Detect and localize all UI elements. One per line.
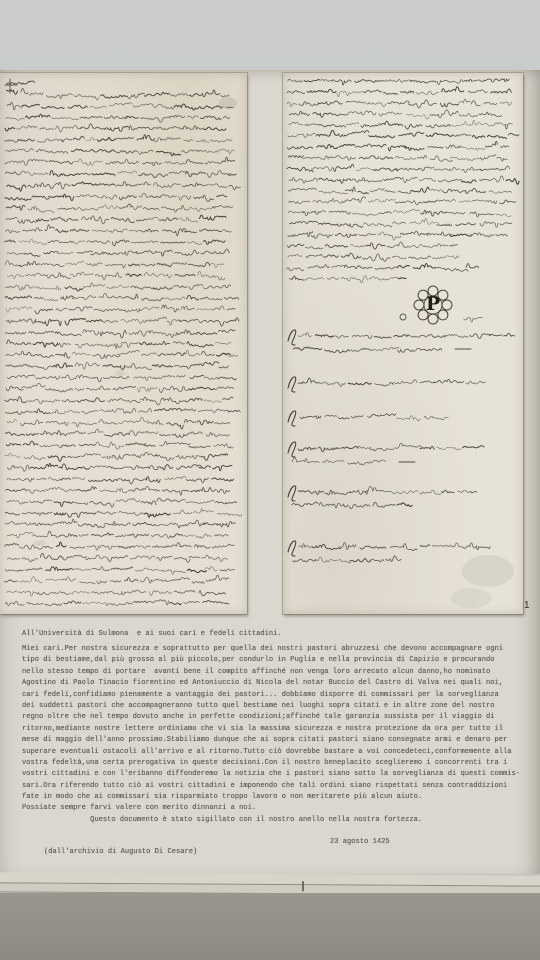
table-surface — [0, 893, 540, 960]
typed-date: 23 agosto 1425 — [330, 838, 390, 846]
stack-edge-mark — [302, 881, 304, 891]
typed-line: regno oltre che nel tempo dovuto anche i… — [22, 712, 534, 723]
typed-transcription: All'Università di Sulmona e ai suoi cari… — [22, 628, 534, 826]
typed-line: sari.Ora riferendo tutto ciò ai vostri c… — [22, 781, 534, 792]
typed-line: tipo di bestiame,dal più grosso al più p… — [22, 655, 534, 666]
album-page: P 1 All'Università di Sulmona e ai suoi … — [0, 70, 540, 874]
typed-line: mese di maggio dell'anno prossimo.Stabil… — [22, 735, 534, 746]
photo-page-number: 1 — [524, 600, 530, 611]
typed-line: nello stesso tempo di portare avanti ben… — [22, 667, 534, 678]
typed-line: ritorno,mediante nostre lettere ordiniam… — [22, 724, 534, 735]
typed-line: fate in modo che ai commissari sia rispa… — [22, 792, 534, 803]
manuscript-photo-left-page — [0, 73, 247, 614]
typed-line: Questo documento è stato sigillato con i… — [22, 815, 534, 826]
manuscript-photo-right-page: P — [283, 73, 523, 614]
typed-line: dei suddetti pastori che accompagneranno… — [22, 701, 534, 712]
scene: P 1 All'Università di Sulmona e ai suoi … — [0, 0, 540, 960]
typed-line: superare eventuali ostacoli all'arrivo e… — [22, 747, 534, 758]
typed-line: Possiate sempre farvi valere con merito … — [22, 803, 534, 814]
typed-line: All'Università di Sulmona e ai suoi cari… — [22, 628, 534, 644]
handwriting-left — [0, 73, 247, 614]
archive-credit: (dall'archivio di Augusto Di Cesare) — [44, 848, 197, 856]
typed-line: vostri cittadini e con l'eribanno diffon… — [22, 769, 534, 780]
typed-line: Agostino di Paolo Tinacio fiorentino ed … — [22, 678, 534, 689]
notary-seal-letter: P — [426, 293, 440, 315]
typed-line: Miei cari.Per nostra sicurezza e sopratt… — [22, 644, 534, 655]
typed-line: vostra fedeltà,una certa prerogativa in … — [22, 758, 534, 769]
handwriting-right — [283, 73, 523, 614]
typed-line: cari fedeli,confidiamo pienamente a vant… — [22, 690, 534, 701]
